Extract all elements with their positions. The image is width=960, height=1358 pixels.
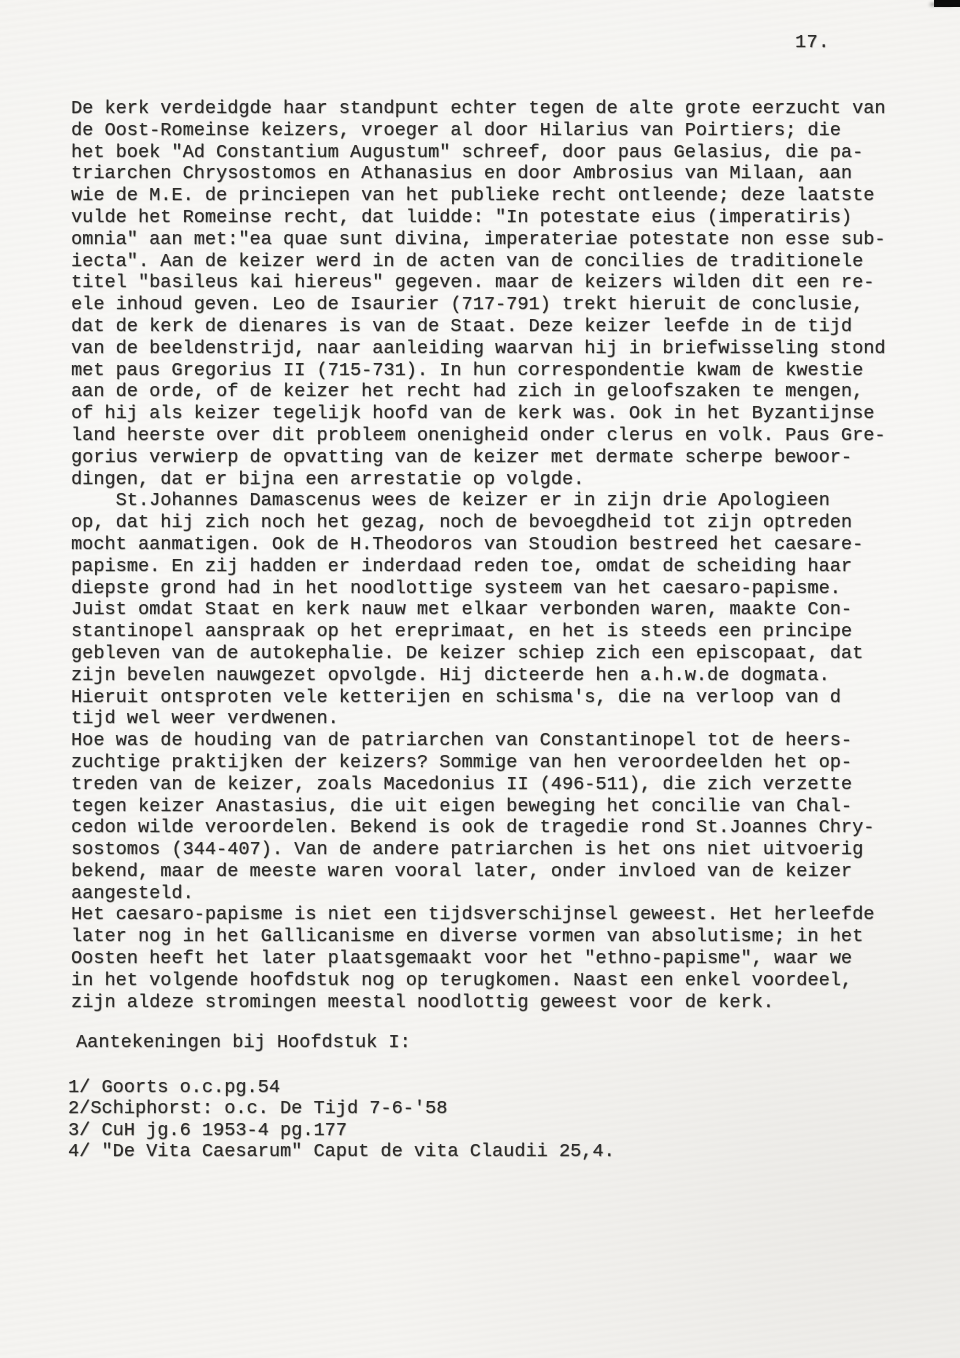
body-text-line: diepste grond had in het noodlottige sys…	[71, 578, 886, 600]
body-text-line: aangesteld.	[71, 883, 886, 905]
body-text-line: stantinopel aanspraak op het ereprimaat,…	[71, 621, 886, 643]
body-text-line: omnia" aan met:"ea quae sunt divina, imp…	[71, 229, 886, 251]
body-text-line: de Oost-Romeinse keizers, vroeger al doo…	[71, 120, 886, 142]
body-text-line: sostomos (344-407). Van de andere patria…	[71, 839, 886, 861]
body-text-line: het boek "Ad Constantium Augustum" schre…	[71, 142, 886, 164]
footnote-line: 4/ "De Vita Caesarum" Caput de vita Clau…	[68, 1141, 615, 1162]
body-text-line: vulde het Romeinse recht, dat luidde: "I…	[71, 207, 886, 229]
body-text-line: bekend, maar de meeste waren vooral late…	[71, 861, 886, 883]
scan-corner-mark	[934, 0, 960, 7]
body-text-line: titel "basileus kai hiereus" gegeven. ma…	[71, 272, 886, 294]
body-text-line: met paus Gregorius II (715-731). In hun …	[71, 360, 886, 382]
body-text-line: iecta". Aan de keizer werd in de acten v…	[71, 251, 886, 273]
body-text-line: Hoe was de houding van de patriarchen va…	[71, 730, 886, 752]
body-text-line: zijn bevelen nauwgezet opvolgde. Hij dic…	[71, 665, 886, 687]
body-text-line: Juist omdat Staat en kerk nauw met elkaa…	[71, 599, 886, 621]
body-text-line: tegen keizer Anastasius, die uit eigen b…	[71, 796, 886, 818]
body-text-line: ele inhoud geven. Leo de Isaurier (717-7…	[71, 294, 886, 316]
body-text-line: Hieruit ontsproten vele ketterijen en sc…	[71, 687, 886, 709]
body-text-line: cedon wilde veroordelen. Bekend is ook d…	[71, 817, 886, 839]
footnote-line: 3/ CuH jg.6 1953-4 pg.177	[68, 1120, 615, 1141]
body-text-line: van de beeldenstrijd, naar aanleiding wa…	[71, 338, 886, 360]
body-text-line: in het volgende hoofdstuk nog op terugko…	[71, 970, 886, 992]
body-text-line: triarchen Chrysostomos en Athanasius en …	[71, 163, 886, 185]
body-text-line: mocht aanmatigen. Ook de H.Theodoros van…	[71, 534, 886, 556]
body-text-line: op, dat hij zich noch het gezag, noch de…	[71, 512, 886, 534]
body-text-line: aan de orde, of de keizer het recht had …	[71, 381, 886, 403]
body-text-line: wie de M.E. de princiepen van het publie…	[71, 185, 886, 207]
body-text-line: gebleven van de autokephalie. De keizer …	[71, 643, 886, 665]
page-number: 17.	[795, 32, 830, 53]
body-text-line: land heerste over dit probleem onenighei…	[71, 425, 886, 447]
body-text-block: De kerk verdeidgde haar standpunt echter…	[71, 98, 886, 1013]
body-text-line: St.Johannes Damascenus wees de keizer er…	[71, 490, 886, 512]
body-text-line: dat de kerk de dienares is van de Staat.…	[71, 316, 886, 338]
body-text-line: Het caesaro-papisme is niet een tijdsver…	[71, 904, 886, 926]
body-text-line: dingen, dat er bijna een arrestatie op v…	[71, 469, 886, 491]
body-text-line: treden van de keizer, zoals Macedonius I…	[71, 774, 886, 796]
body-text-line: tijd wel weer verdwenen.	[71, 708, 886, 730]
body-text-line: papisme. En zij hadden er inderdaad rede…	[71, 556, 886, 578]
footnotes-block: 1/ Goorts o.c.pg.542/Schiphorst: o.c. De…	[68, 1077, 615, 1163]
body-text-line: Oosten heeft het later plaatsgemaakt voo…	[71, 948, 886, 970]
footnote-line: 1/ Goorts o.c.pg.54	[68, 1077, 615, 1098]
footnotes-heading: Aantekeningen bij Hoofdstuk I:	[76, 1032, 411, 1053]
document-page: 17. De kerk verdeidgde haar standpunt ec…	[0, 0, 960, 1358]
body-text-line: of hij als keizer tegelijk hoofd van de …	[71, 403, 886, 425]
footnote-line: 2/Schiphorst: o.c. De Tijd 7-6-'58	[68, 1098, 615, 1119]
body-text-line: later nog in het Gallicanisme en diverse…	[71, 926, 886, 948]
body-text-line: gorius verwierp de opvatting van de keiz…	[71, 447, 886, 469]
body-text-line: zuchtige praktijken der keizers? Sommige…	[71, 752, 886, 774]
body-text-line: zijn aldeze stromingen meestal noodlotti…	[71, 992, 886, 1014]
body-text-line: De kerk verdeidgde haar standpunt echter…	[71, 98, 886, 120]
